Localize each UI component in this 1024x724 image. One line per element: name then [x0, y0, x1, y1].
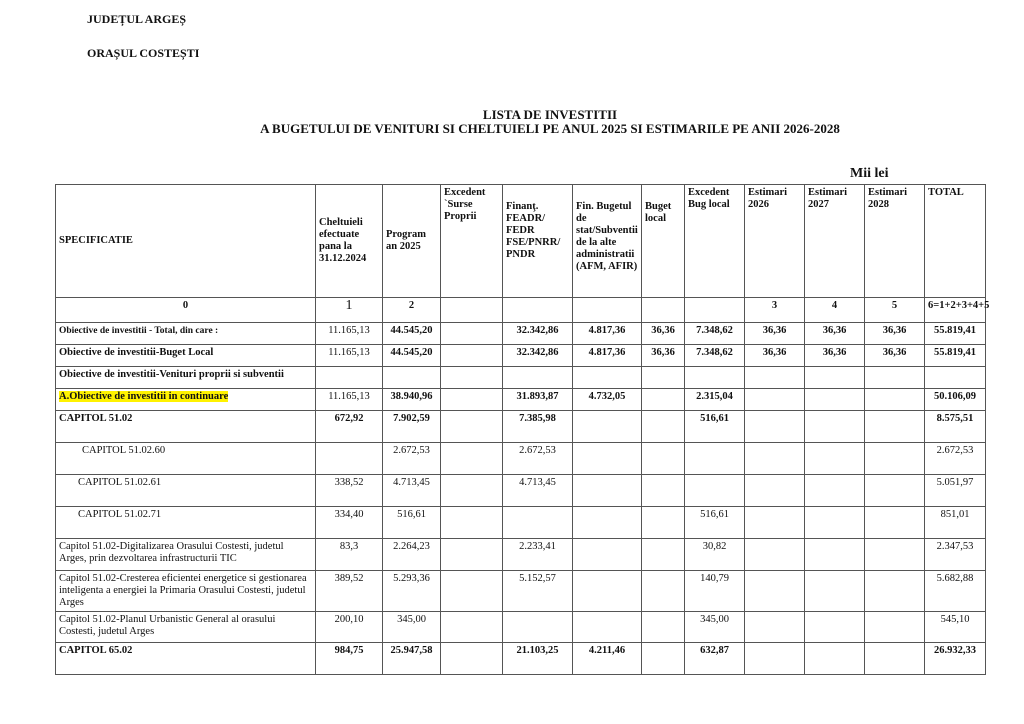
value-cell: 55.819,41 — [925, 345, 986, 367]
col-num: 3 — [745, 298, 805, 323]
value-cell: 4.817,36 — [573, 345, 642, 367]
value-cell: 389,52 — [316, 571, 383, 612]
highlighted-label: A.Obiective de investitii in continuare — [59, 391, 228, 402]
value-cell: 11.165,13 — [316, 323, 383, 345]
value-cell — [441, 539, 503, 571]
row-label: CAPITOL 51.02.60 — [56, 443, 316, 475]
value-cell — [642, 367, 685, 389]
value-cell: 36,36 — [805, 323, 865, 345]
column-number-row: 0 1 2 3 4 5 6=1+2+3+4+5 — [56, 298, 986, 323]
col-num: 6=1+2+3+4+5 — [925, 298, 986, 323]
value-cell — [573, 411, 642, 443]
value-cell — [865, 443, 925, 475]
col-num — [441, 298, 503, 323]
col-num — [503, 298, 573, 323]
value-cell: 200,10 — [316, 612, 383, 643]
value-cell — [441, 389, 503, 411]
header-row: SPECIFICATIE Cheltuieli efectuate pana l… — [56, 185, 986, 298]
value-cell: 2.233,41 — [503, 539, 573, 571]
value-cell: 345,00 — [383, 612, 441, 643]
value-cell — [642, 643, 685, 675]
value-cell — [573, 612, 642, 643]
value-cell: 25.947,58 — [383, 643, 441, 675]
value-cell — [865, 539, 925, 571]
col-num — [685, 298, 745, 323]
value-cell: 7.902,59 — [383, 411, 441, 443]
value-cell — [441, 571, 503, 612]
value-cell — [685, 367, 745, 389]
table-row: Capitol 51.02-Planul Urbanistic General … — [56, 612, 986, 643]
value-cell — [441, 507, 503, 539]
col-header-estimari-2026: Estimari 2026 — [745, 185, 805, 298]
row-label: Capitol 51.02-Digitalizarea Orasului Cos… — [56, 539, 316, 571]
value-cell — [441, 443, 503, 475]
document-subtitle: A BUGETULUI DE VENITURI SI CHELTUIELI PE… — [0, 121, 1024, 137]
value-cell — [503, 507, 573, 539]
value-cell: 672,92 — [316, 411, 383, 443]
value-cell — [925, 367, 986, 389]
value-cell — [745, 539, 805, 571]
col-header-fin-buget-stat: Fin. Bugetul de stat/Subventii de la alt… — [573, 185, 642, 298]
value-cell — [642, 507, 685, 539]
value-cell — [503, 612, 573, 643]
value-cell — [573, 571, 642, 612]
value-cell — [805, 389, 865, 411]
col-header-buget-local: Buget local — [642, 185, 685, 298]
value-cell — [865, 367, 925, 389]
value-cell — [642, 571, 685, 612]
value-cell — [805, 443, 865, 475]
row-label: CAPITOL 51.02.61 — [56, 475, 316, 507]
value-cell — [573, 507, 642, 539]
value-cell — [573, 443, 642, 475]
value-cell: 83,3 — [316, 539, 383, 571]
table-row: CAPITOL 65.02984,7525.947,5821.103,254.2… — [56, 643, 986, 675]
county-heading: JUDEȚUL ARGEȘ — [87, 12, 186, 27]
value-cell — [441, 411, 503, 443]
value-cell: 4.732,05 — [573, 389, 642, 411]
value-cell: 4.713,45 — [383, 475, 441, 507]
col-num — [573, 298, 642, 323]
value-cell — [316, 443, 383, 475]
col-num — [642, 298, 685, 323]
table-row: Capitol 51.02-Digitalizarea Orasului Cos… — [56, 539, 986, 571]
value-cell: 984,75 — [316, 643, 383, 675]
row-label: Capitol 51.02-Cresterea eficientei energ… — [56, 571, 316, 612]
value-cell — [503, 367, 573, 389]
value-cell — [865, 612, 925, 643]
value-cell: 36,36 — [642, 345, 685, 367]
value-cell — [805, 411, 865, 443]
town-heading: ORAȘUL COSTEȘTI — [87, 46, 199, 61]
value-cell: 516,61 — [685, 411, 745, 443]
value-cell: 2.672,53 — [383, 443, 441, 475]
value-cell: 5.152,57 — [503, 571, 573, 612]
value-cell: 5.682,88 — [925, 571, 986, 612]
table-row: Obiective de investitii-Buget Local11.16… — [56, 345, 986, 367]
value-cell: 2.264,23 — [383, 539, 441, 571]
value-cell: 36,36 — [745, 323, 805, 345]
col-header-specificatie: SPECIFICATIE — [56, 185, 316, 298]
value-cell — [441, 643, 503, 675]
value-cell — [316, 367, 383, 389]
value-cell: 4.713,45 — [503, 475, 573, 507]
row-label: A.Obiective de investitii in continuare — [56, 389, 316, 411]
value-cell: 545,10 — [925, 612, 986, 643]
value-cell — [745, 367, 805, 389]
row-label: Capitol 51.02-Planul Urbanistic General … — [56, 612, 316, 643]
value-cell — [805, 507, 865, 539]
value-cell — [865, 571, 925, 612]
value-cell — [745, 571, 805, 612]
table-row: Obiective de investitii - Total, din car… — [56, 323, 986, 345]
value-cell — [441, 345, 503, 367]
col-header-estimari-2027: Estimari 2027 — [805, 185, 865, 298]
table-row: A.Obiective de investitii in continuare1… — [56, 389, 986, 411]
value-cell: 334,40 — [316, 507, 383, 539]
value-cell — [745, 643, 805, 675]
col-header-estimari-2028: Estimari 2028 — [865, 185, 925, 298]
value-cell: 21.103,25 — [503, 643, 573, 675]
col-num: 4 — [805, 298, 865, 323]
value-cell — [441, 323, 503, 345]
value-cell — [573, 475, 642, 507]
value-cell: 36,36 — [805, 345, 865, 367]
value-cell — [441, 612, 503, 643]
row-label: CAPITOL 51.02 — [56, 411, 316, 443]
value-cell — [805, 643, 865, 675]
value-cell: 36,36 — [865, 345, 925, 367]
value-cell: 8.575,51 — [925, 411, 986, 443]
value-cell: 38.940,96 — [383, 389, 441, 411]
value-cell: 4.211,46 — [573, 643, 642, 675]
value-cell — [685, 443, 745, 475]
value-cell: 31.893,87 — [503, 389, 573, 411]
col-header-program: Program an 2025 — [383, 185, 441, 298]
col-header-cheltuieli: Cheltuieli efectuate pana la 31.12.2024 — [316, 185, 383, 298]
value-cell — [745, 475, 805, 507]
row-label: Obiective de investitii-Venituri proprii… — [56, 367, 316, 389]
value-cell — [865, 411, 925, 443]
col-num: 5 — [865, 298, 925, 323]
value-cell: 5.293,36 — [383, 571, 441, 612]
value-cell — [573, 367, 642, 389]
value-cell: 345,00 — [685, 612, 745, 643]
value-cell — [805, 475, 865, 507]
col-header-finant: Finanţ. FEADR/ FEDR FSE/PNRR/ PNDR — [503, 185, 573, 298]
value-cell — [745, 389, 805, 411]
row-label: Obiective de investitii-Buget Local — [56, 345, 316, 367]
table-row: CAPITOL 51.02.61338,524.713,454.713,455.… — [56, 475, 986, 507]
value-cell: 2.347,53 — [925, 539, 986, 571]
value-cell — [865, 475, 925, 507]
value-cell — [865, 389, 925, 411]
value-cell: 7.348,62 — [685, 323, 745, 345]
value-cell — [383, 367, 441, 389]
value-cell — [642, 475, 685, 507]
col-header-excedent-bug-local: Excedent Bug local — [685, 185, 745, 298]
table-row: CAPITOL 51.02672,927.902,597.385,98516,6… — [56, 411, 986, 443]
value-cell — [805, 367, 865, 389]
value-cell: 516,61 — [685, 507, 745, 539]
value-cell: 7.348,62 — [685, 345, 745, 367]
col-header-excedent-surse: Excedent `Surse Proprii — [441, 185, 503, 298]
col-num: 0 — [56, 298, 316, 323]
value-cell: 11.165,13 — [316, 389, 383, 411]
row-label: CAPITOL 65.02 — [56, 643, 316, 675]
value-cell: 7.385,98 — [503, 411, 573, 443]
value-cell — [642, 612, 685, 643]
table-row: Obiective de investitii-Venituri proprii… — [56, 367, 986, 389]
value-cell: 5.051,97 — [925, 475, 986, 507]
value-cell: 11.165,13 — [316, 345, 383, 367]
value-cell — [642, 539, 685, 571]
value-cell: 2.672,53 — [503, 443, 573, 475]
value-cell — [685, 475, 745, 507]
unit-label: Mii lei — [850, 166, 889, 182]
value-cell — [573, 539, 642, 571]
value-cell: 338,52 — [316, 475, 383, 507]
value-cell: 30,82 — [685, 539, 745, 571]
table-row: Capitol 51.02-Cresterea eficientei energ… — [56, 571, 986, 612]
value-cell: 50.106,09 — [925, 389, 986, 411]
value-cell: 140,79 — [685, 571, 745, 612]
value-cell: 26.932,33 — [925, 643, 986, 675]
value-cell: 44.545,20 — [383, 323, 441, 345]
row-label: Obiective de investitii - Total, din car… — [56, 323, 316, 345]
value-cell — [865, 507, 925, 539]
value-cell — [642, 411, 685, 443]
value-cell: 2.672,53 — [925, 443, 986, 475]
value-cell: 851,01 — [925, 507, 986, 539]
value-cell: 632,87 — [685, 643, 745, 675]
value-cell: 44.545,20 — [383, 345, 441, 367]
value-cell — [745, 612, 805, 643]
value-cell: 2.315,04 — [685, 389, 745, 411]
value-cell — [642, 389, 685, 411]
value-cell — [865, 643, 925, 675]
value-cell — [745, 507, 805, 539]
investment-table: SPECIFICATIE Cheltuieli efectuate pana l… — [55, 184, 986, 675]
table-row: CAPITOL 51.02.602.672,532.672,532.672,53 — [56, 443, 986, 475]
value-cell — [805, 612, 865, 643]
col-header-total: TOTAL — [925, 185, 986, 298]
col-num: 1 — [316, 298, 383, 323]
value-cell — [745, 411, 805, 443]
value-cell — [642, 443, 685, 475]
table-row: CAPITOL 51.02.71334,40516,61516,61851,01 — [56, 507, 986, 539]
col-num: 2 — [383, 298, 441, 323]
value-cell — [441, 475, 503, 507]
value-cell: 55.819,41 — [925, 323, 986, 345]
value-cell — [805, 571, 865, 612]
value-cell: 36,36 — [745, 345, 805, 367]
value-cell — [441, 367, 503, 389]
value-cell: 36,36 — [865, 323, 925, 345]
row-label: CAPITOL 51.02.71 — [56, 507, 316, 539]
value-cell: 4.817,36 — [573, 323, 642, 345]
value-cell: 32.342,86 — [503, 323, 573, 345]
value-cell: 32.342,86 — [503, 345, 573, 367]
value-cell — [805, 539, 865, 571]
value-cell: 36,36 — [642, 323, 685, 345]
value-cell — [745, 443, 805, 475]
value-cell: 516,61 — [383, 507, 441, 539]
